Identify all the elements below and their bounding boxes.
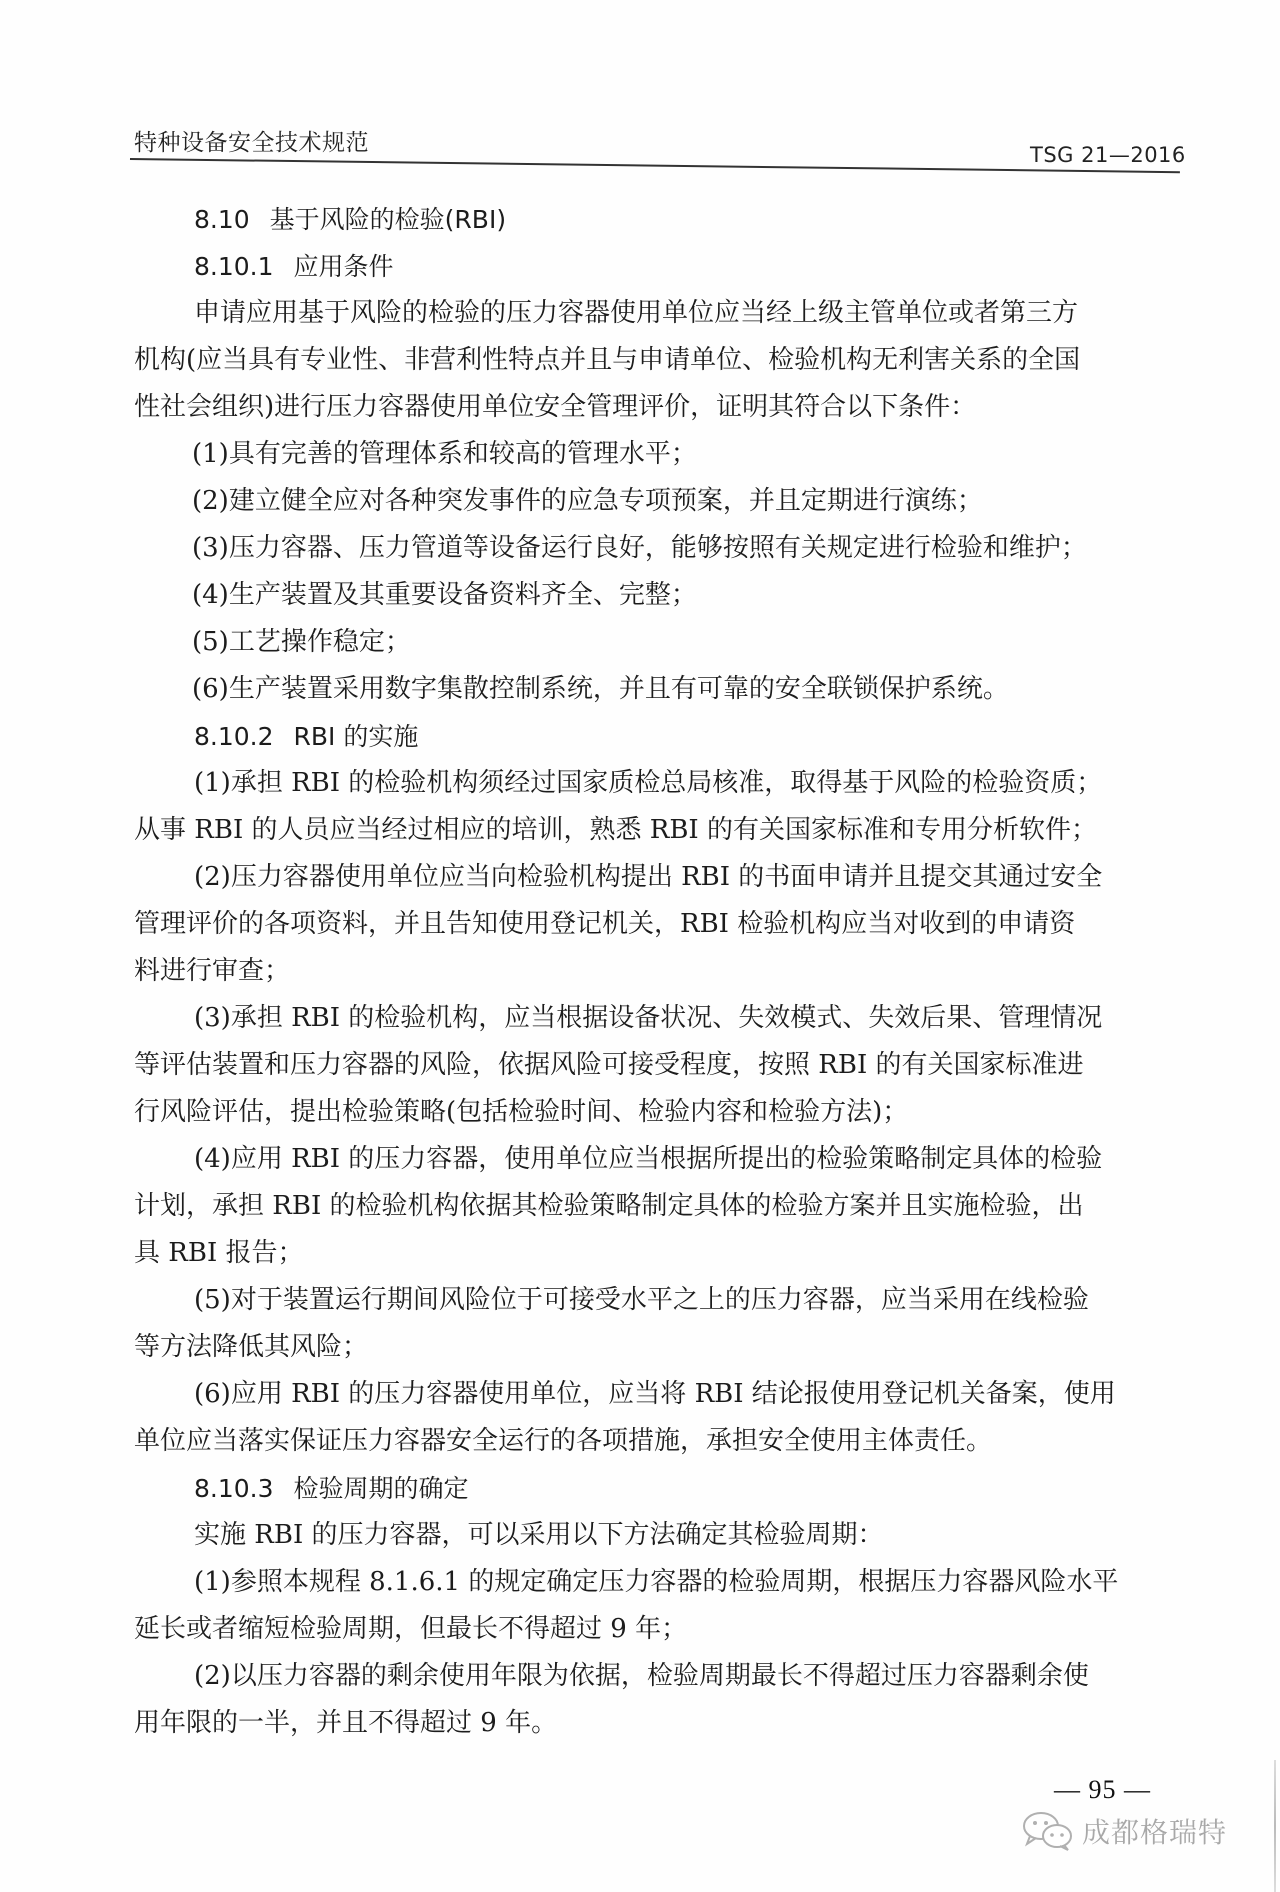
paragraph-application-intro: 申请应用基于风险的检验的压力容器使用单位应当经上级主管单位或者第三方 机构(应当… (134, 290, 1174, 431)
list-item: (3)压力容器、压力管道等设备运行良好，能够按照有关规定进行检验和维护； (134, 525, 1174, 572)
text-line: 性社会组织)进行压力容器使用单位安全管理评价，证明其符合以下条件： (134, 384, 1174, 431)
document-body: 8.10基于风险的检验(RBI) 8.10.1应用条件 申请应用基于风险的检验的… (134, 196, 1174, 1747)
subsection-title: RBI 的实施 (294, 722, 419, 751)
text-line: (3)承担 RBI 的检验机构，应当根据设备状况、失效模式、失效后果、管理情况 (134, 995, 1174, 1042)
watermark: 成都格瑞特 (1022, 1810, 1227, 1852)
list-item: (5)对于装置运行期间风险位于可接受水平之上的压力容器，应当采用在线检验 等方法… (134, 1277, 1174, 1371)
text-line: 从事 RBI 的人员应当经过相应的培训，熟悉 RBI 的有关国家标准和专用分析软… (134, 807, 1174, 854)
text-line: (5)对于装置运行期间风险位于可接受水平之上的压力容器，应当采用在线检验 (134, 1277, 1174, 1324)
document-page: 特种设备安全技术规范 TSG 21—2016 8.10基于风险的检验(RBI) … (0, 0, 1280, 1892)
scan-edge (1274, 1760, 1276, 1892)
text-line: 计划，承担 RBI 的检验机构依据其检验策略制定具体的检验方案并且实施检验，出 (134, 1183, 1174, 1230)
list-item: (3)承担 RBI 的检验机构，应当根据设备状况、失效模式、失效后果、管理情况 … (134, 995, 1174, 1136)
list-item: (4)应用 RBI 的压力容器，使用单位应当根据所提出的检验策略制定具体的检验 … (134, 1136, 1174, 1277)
standard-code: TSG 21—2016 (1030, 143, 1186, 167)
text-line: 料进行审查； (134, 948, 1174, 995)
list-item: (6)应用 RBI 的压力容器使用单位，应当将 RBI 结论报使用登记机关备案，… (134, 1371, 1174, 1465)
list-item: (2)建立健全应对各种突发事件的应急专项预案，并且定期进行演练； (134, 478, 1174, 525)
subsection-number: 8.10.2 (194, 722, 274, 751)
list-item: (1)承担 RBI 的检验机构须经过国家质检总局核准，取得基于风险的检验资质； … (134, 760, 1174, 854)
list-item: (4)生产装置及其重要设备资料齐全、完整； (134, 572, 1174, 619)
section-heading: 8.10基于风险的检验(RBI) (134, 196, 1174, 243)
text-line: 延长或者缩短检验周期，但最长不得超过 9 年； (134, 1606, 1174, 1653)
list-item: (5)工艺操作稳定； (134, 619, 1174, 666)
text-line: (4)应用 RBI 的压力容器，使用单位应当根据所提出的检验策略制定具体的检验 (134, 1136, 1174, 1183)
text-line: (2)压力容器使用单位应当向检验机构提出 RBI 的书面申请并且提交其通过安全 (134, 854, 1174, 901)
text-line: 机构(应当具有专业性、非营利性特点并且与申请单位、检验机构无利害关系的全国 (134, 337, 1174, 384)
subsection-heading-8-10-2: 8.10.2RBI 的实施 (134, 713, 1174, 760)
watermark-text: 成都格瑞特 (1082, 1811, 1227, 1851)
condition-list: (1)具有完善的管理体系和较高的管理水平； (2)建立健全应对各种突发事件的应急… (134, 431, 1174, 713)
text-line: 等评估装置和压力容器的风险，依据风险可接受程度，按照 RBI 的有关国家标准进 (134, 1042, 1174, 1089)
list-item: (2)以压力容器的剩余使用年限为依据，检验周期最长不得超过压力容器剩余使 用年限… (134, 1653, 1174, 1747)
text-line: (2)以压力容器的剩余使用年限为依据，检验周期最长不得超过压力容器剩余使 (134, 1653, 1174, 1700)
text-line: 用年限的一半，并且不得超过 9 年。 (134, 1700, 1174, 1747)
text-line: 等方法降低其风险； (134, 1324, 1174, 1371)
page-number: — 95 — (1054, 1775, 1151, 1805)
section-title: 基于风险的检验(RBI) (270, 205, 506, 234)
header-divider (130, 158, 1180, 173)
text-line: 行风险评估，提出检验策略(包括检验时间、检验内容和检验方法)； (134, 1089, 1174, 1136)
list-item: (1)参照本规程 8.1.6.1 的规定确定压力容器的检验周期，根据压力容器风险… (134, 1559, 1174, 1653)
text-line: (6)应用 RBI 的压力容器使用单位，应当将 RBI 结论报使用登记机关备案，… (134, 1371, 1174, 1418)
section-number: 8.10 (194, 205, 250, 234)
text-line: (1)承担 RBI 的检验机构须经过国家质检总局核准，取得基于风险的检验资质； (134, 760, 1174, 807)
text-line: 单位应当落实保证压力容器安全运行的各项措施，承担安全使用主体责任。 (134, 1418, 1174, 1465)
subsection-number: 8.10.3 (194, 1474, 274, 1503)
text-line: 具 RBI 报告； (134, 1230, 1174, 1277)
list-item: (6)生产装置采用数字集散控制系统，并且有可靠的安全联锁保护系统。 (134, 666, 1174, 713)
running-header-title: 特种设备安全技术规范 (134, 124, 369, 157)
list-item: (2)压力容器使用单位应当向检验机构提出 RBI 的书面申请并且提交其通过安全 … (134, 854, 1174, 995)
text-line: 管理评价的各项资料，并且告知使用登记机关，RBI 检验机构应当对收到的申请资 (134, 901, 1174, 948)
subsection-title: 应用条件 (294, 252, 394, 281)
subsection-heading-8-10-3: 8.10.3检验周期的确定 (134, 1465, 1174, 1512)
subsection-heading-8-10-1: 8.10.1应用条件 (134, 243, 1174, 290)
list-item: (1)具有完善的管理体系和较高的管理水平； (134, 431, 1174, 478)
paragraph-period-intro: 实施 RBI 的压力容器，可以采用以下方法确定其检验周期： (134, 1512, 1174, 1559)
subsection-title: 检验周期的确定 (294, 1474, 469, 1503)
text-line: 申请应用基于风险的检验的压力容器使用单位应当经上级主管单位或者第三方 (134, 290, 1174, 337)
subsection-number: 8.10.1 (194, 252, 274, 281)
wechat-icon (1022, 1810, 1074, 1852)
text-line: (1)参照本规程 8.1.6.1 的规定确定压力容器的检验周期，根据压力容器风险… (134, 1559, 1174, 1606)
